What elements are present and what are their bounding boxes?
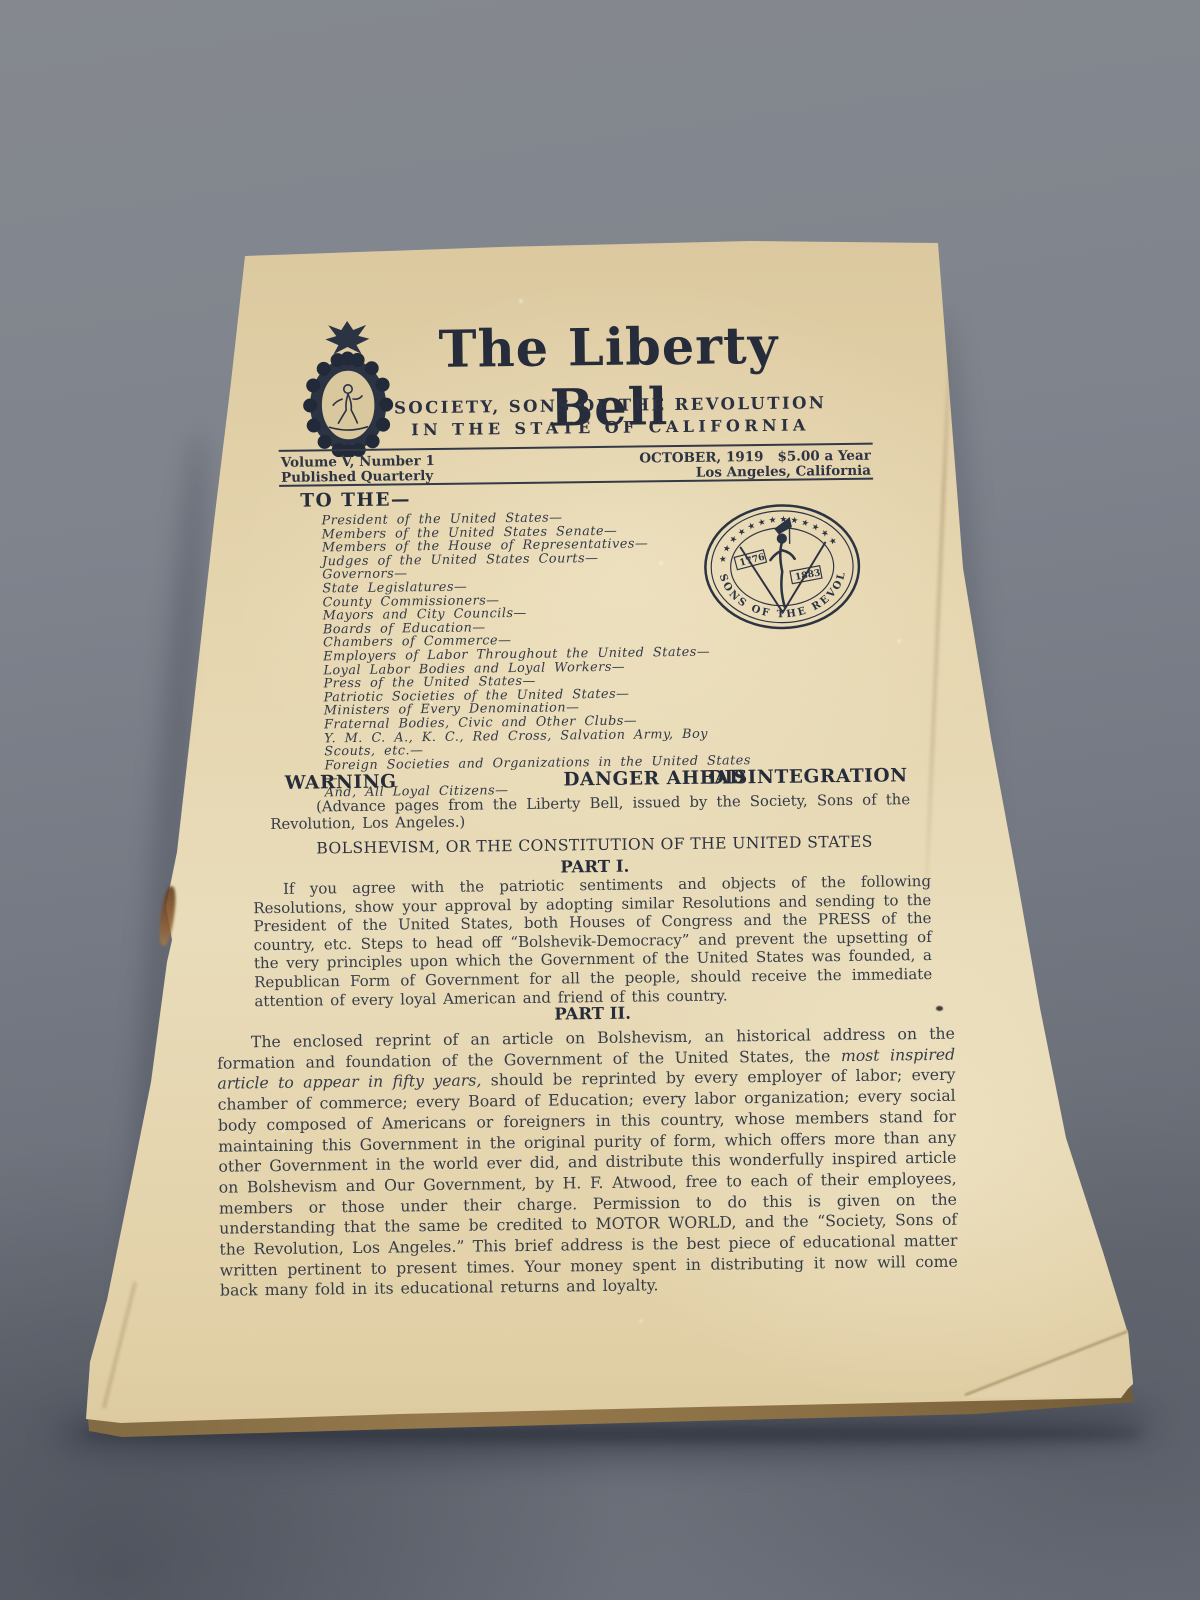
disintegration-word: DISINTEGRATION: [708, 765, 908, 788]
paper-speckles: [0, 0, 2, 2]
part2-paragraph: The enclosed reprint of an article on Bo…: [217, 1024, 958, 1302]
to-the-heading: TO THE—: [300, 489, 411, 511]
seal-minuteman-figure: [770, 518, 795, 607]
warning-word: WARNING: [285, 771, 397, 793]
advance-note: (Advance pages from the Liberty Bell, is…: [270, 792, 910, 833]
printed-content: The Liberty Bell SOCIETY, SONS OF THE RE…: [0, 0, 1200, 1600]
society-seal-icon: ★ ★ ★ ★ ★ ★ ★ ★ ★ ★ ★ ★ ★ SONS OF THE RE…: [688, 497, 876, 637]
part2-text-rest: should be reprinted by every employer of…: [218, 1065, 958, 1300]
issue-info: OCTOBER, 1919$5.00 a Year Los Angeles, C…: [639, 449, 871, 482]
photo-scene: The Liberty Bell SOCIETY, SONS OF THE RE…: [0, 0, 1200, 1600]
volume-info: Volume V, Number 1 Published Quarterly: [281, 454, 435, 486]
part1-paragraph: If you agree with the patriotic sentimen…: [253, 872, 933, 1010]
